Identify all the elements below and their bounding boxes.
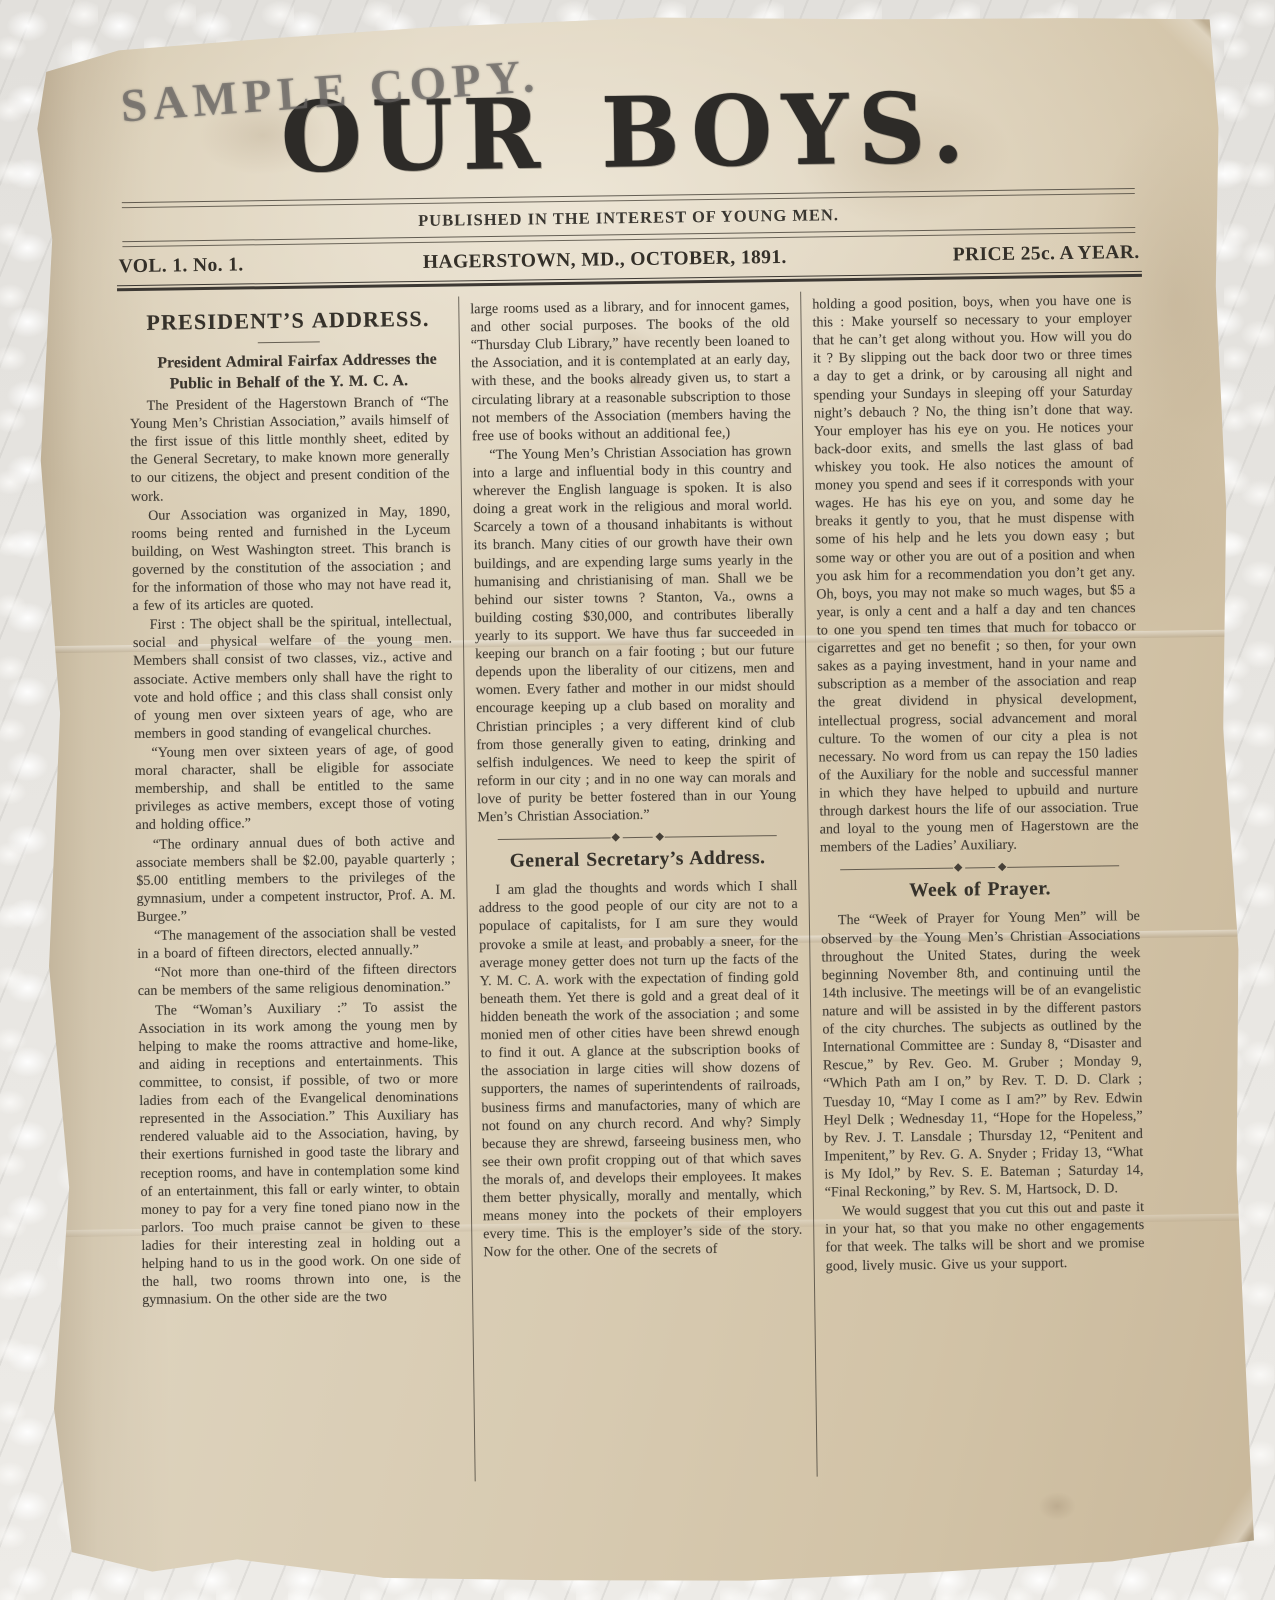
paragraph: “Young men over sixteen years of age, of… [134,740,454,835]
paragraph: I am glad the thoughts and words which I… [478,877,802,1262]
paragraph: The “Woman’s Auxiliary :” To assist the … [138,997,461,1309]
column-2: large rooms used as a library, and for i… [458,292,817,1482]
column-1: PRESIDENT’S ADDRESS. President Admiral F… [117,296,475,1486]
article-columns: PRESIDENT’S ADDRESS. President Admiral F… [117,287,1158,1486]
paragraph: First : The object shall be the spiritua… [133,612,454,743]
newspaper-content: OUR BOYS. PUBLISHED IN THE INTEREST OF Y… [21,2,1256,1488]
paragraph: “The Young Men’s Christian Association h… [472,442,796,827]
paragraph: large rooms used as a library, and for i… [470,296,791,445]
heading-rule [257,342,319,344]
article-subhead: President Admiral Fairfax Addresses the … [129,350,449,396]
dateline-volume: VOL. 1. No. 1. [119,253,362,278]
newspaper-page: SAMPLE COPY. OUR BOYS. PUBLISHED IN THE … [21,2,1258,1599]
paragraph: Our Association was organized in May, 18… [131,502,451,615]
section-divider [498,832,777,842]
diamond-icon [997,863,1005,871]
paragraph: The “Week of Prayer for Young Men” will … [821,907,1144,1201]
diamond-icon [655,833,663,841]
paragraph: The President of the Hagerstown Branch o… [130,393,450,506]
page-background: SAMPLE COPY. OUR BOYS. PUBLISHED IN THE … [0,0,1275,1600]
paragraph: “The management of the association shall… [137,923,456,964]
paragraph: We would suggest that you cut this out a… [825,1198,1145,1275]
section-divider [840,863,1119,873]
dateline-place-date: HAGERSTOWN, MD., OCTOBER, 1891. [362,246,848,275]
paragraph: holding a good position, boys, when you … [812,291,1139,857]
corner-fold [1141,1483,1262,1575]
paragraph: “The ordinary annual dues of both active… [136,831,456,926]
heading-week-of-prayer: Week of Prayer. [820,875,1139,904]
heading-presidents-address: PRESIDENT’S ADDRESS. [128,305,447,338]
diamond-icon [611,833,619,841]
dateline-price: PRICE 25c. A YEAR. [848,242,1140,268]
diamond-icon [953,864,961,872]
column-3: holding a good position, boys, when you … [800,287,1159,1477]
paragraph: “Not more than one-third of the fifteen … [137,960,456,1001]
heading-general-secretarys-address: General Secretary’s Address. [478,845,797,874]
